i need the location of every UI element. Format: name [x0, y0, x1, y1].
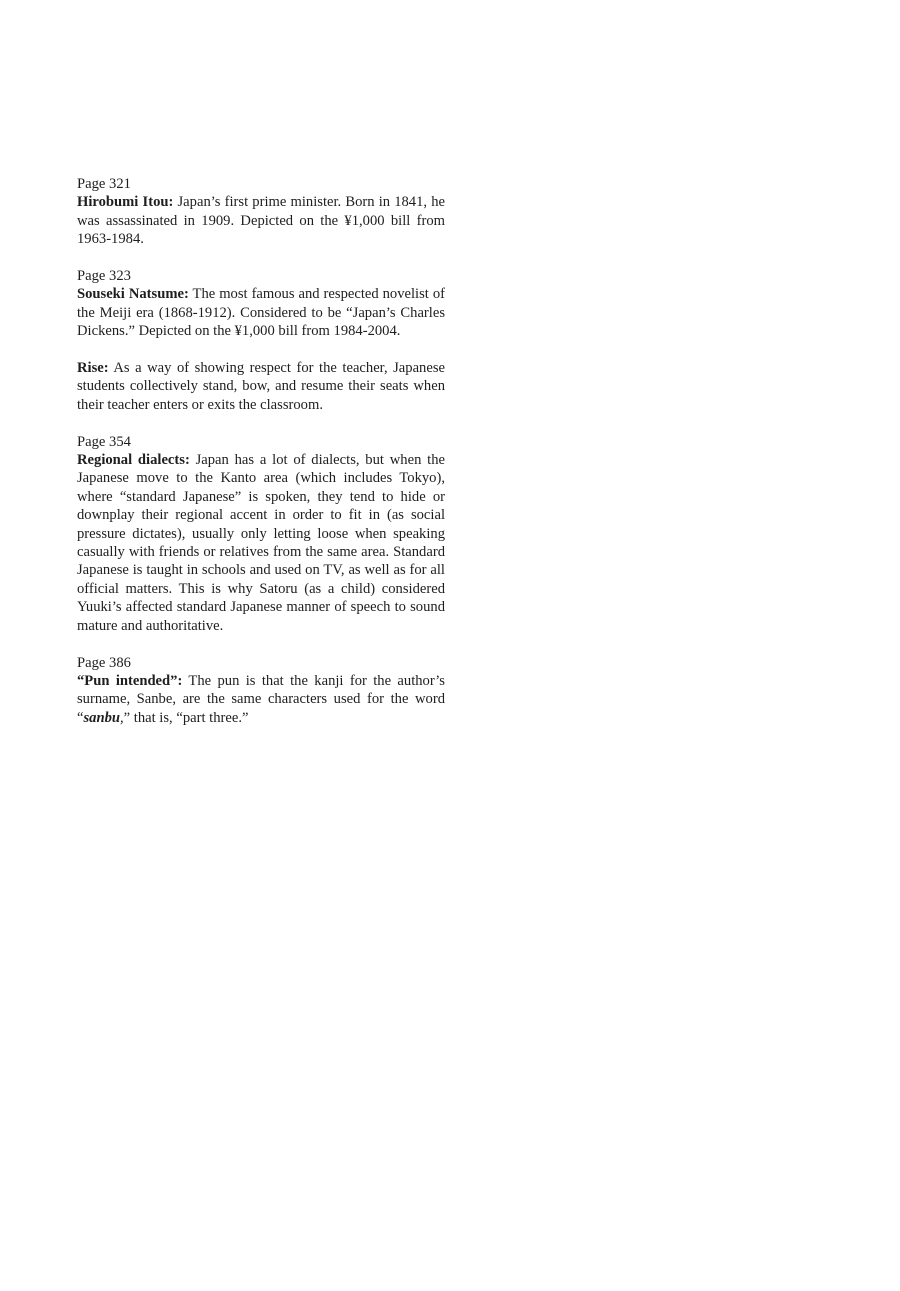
page-label: Page 323: [77, 267, 445, 285]
note-term: Rise:: [77, 360, 109, 376]
note-rise: Rise: As a way of showing respect for th…: [77, 359, 445, 414]
note-entry: Souseki Natsume: The most famous and res…: [77, 285, 445, 340]
note-term: Souseki Natsume:: [77, 286, 189, 302]
note-term: Regional dialects:: [77, 452, 190, 468]
note-text: As a way of showing respect for the teac…: [77, 360, 445, 413]
note-text: ,” that is, “part three.”: [120, 710, 248, 726]
page-label: Page 354: [77, 433, 445, 451]
note-entry: Regional dialects: Japan has a lot of di…: [77, 451, 445, 635]
note-text: Japan has a lot of dialects, but when th…: [77, 452, 445, 634]
page-label: Page 386: [77, 654, 445, 672]
note-entry: Hirobumi Itou: Japan’s first prime minis…: [77, 193, 445, 248]
note-entry: Rise: As a way of showing respect for th…: [77, 359, 445, 414]
note-term: “Pun intended”:: [77, 673, 182, 689]
note-term: Hirobumi Itou:: [77, 194, 173, 210]
translation-notes-page: Page 321 Hirobumi Itou: Japan’s first pr…: [77, 175, 445, 746]
note-pun-intended: Page 386 “Pun intended”: The pun is that…: [77, 654, 445, 728]
page-label: Page 321: [77, 175, 445, 193]
note-hirobumi-itou: Page 321 Hirobumi Itou: Japan’s first pr…: [77, 175, 445, 249]
note-souseki-natsume: Page 323 Souseki Natsume: The most famou…: [77, 267, 445, 341]
note-regional-dialects: Page 354 Regional dialects: Japan has a …: [77, 433, 445, 635]
note-entry: “Pun intended”: The pun is that the kanj…: [77, 672, 445, 727]
note-italic-word: sanbu: [83, 710, 120, 726]
